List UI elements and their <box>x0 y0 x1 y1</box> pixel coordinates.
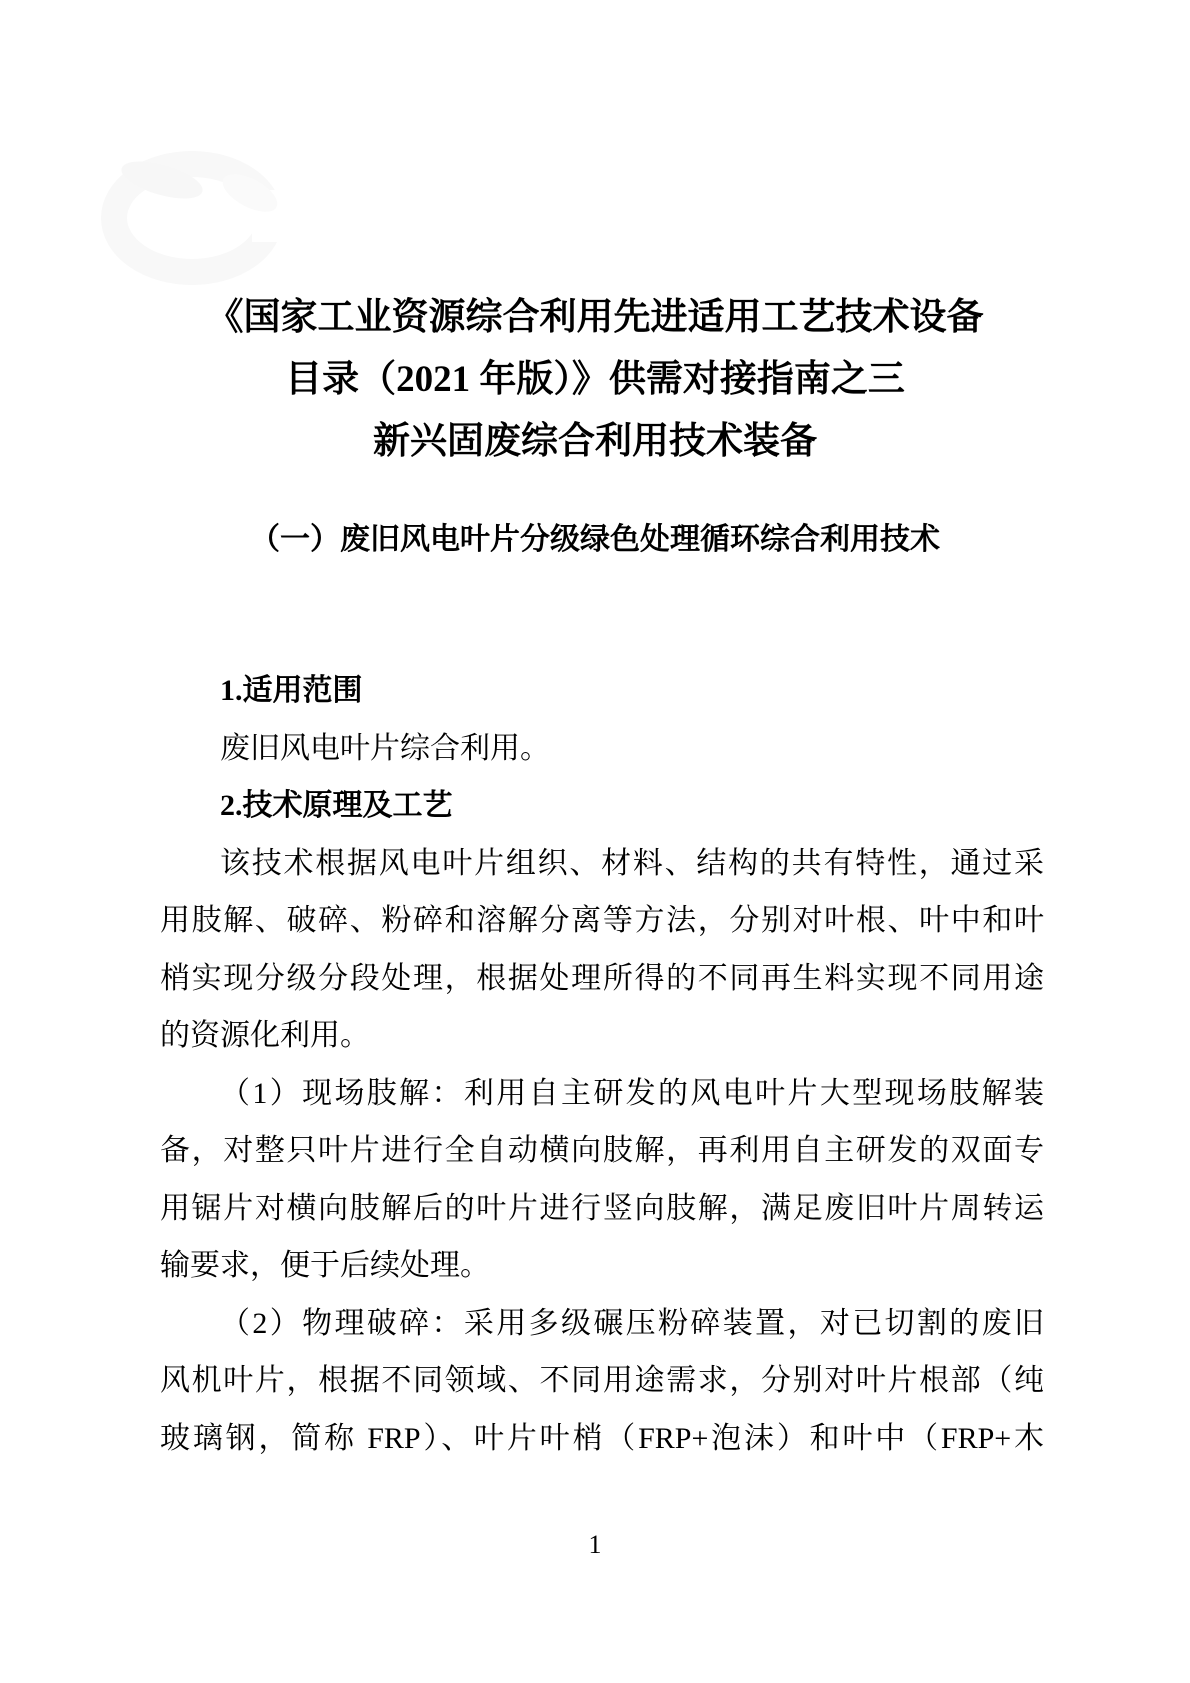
text-line: 梢实现分级分段处理，根据处理所得的不同再生料实现不同用途 <box>160 950 1044 1008</box>
content-heading: 1.适用范围 <box>160 662 1044 720</box>
section-heading: （一）废旧风电叶片分级绿色处理循环综合利用技术 <box>0 521 1190 559</box>
page-number: 1 <box>0 1528 1190 1562</box>
paragraph: （1）现场肢解：利用自主研发的风电叶片大型现场肢解装备，对整只叶片进行全自动横向… <box>160 1065 1044 1295</box>
text-line: 废旧风电叶片综合利用。 <box>160 720 1044 778</box>
text-line: 用肢解、破碎、粉碎和溶解分离等方法，分别对叶根、叶中和叶 <box>160 892 1044 950</box>
text-line: 输要求，便于后续处理。 <box>160 1237 1044 1295</box>
document-title: 《国家工业资源综合利用先进适用工艺技术设备 目录（2021 年版）》供需对接指南… <box>0 287 1190 473</box>
document-body: 1.适用范围废旧风电叶片综合利用。2.技术原理及工艺该技术根据风电叶片组织、材料… <box>160 662 1044 1467</box>
scan-smudge-mark <box>100 148 310 293</box>
title-line-1: 《国家工业资源综合利用先进适用工艺技术设备 <box>0 287 1190 349</box>
text-line: （2）物理破碎：采用多级碾压粉碎装置，对已切割的废旧 <box>160 1295 1044 1353</box>
paragraph: （2）物理破碎：采用多级碾压粉碎装置，对已切割的废旧风机叶片，根据不同领域、不同… <box>160 1295 1044 1468</box>
text-line: 用锯片对横向肢解后的叶片进行竖向肢解，满足废旧叶片周转运 <box>160 1180 1044 1238</box>
paragraph: 该技术根据风电叶片组织、材料、结构的共有特性，通过采用肢解、破碎、粉碎和溶解分离… <box>160 835 1044 1065</box>
paragraph: 废旧风电叶片综合利用。 <box>160 720 1044 778</box>
text-line: 玻璃钢，简称 FRP）、叶片叶梢（FRP+泡沫）和叶中（FRP+木 <box>160 1410 1044 1468</box>
title-line-3: 新兴固废综合利用技术装备 <box>0 411 1190 473</box>
document-page: 《国家工业资源综合利用先进适用工艺技术设备 目录（2021 年版）》供需对接指南… <box>0 0 1190 1683</box>
text-line: （1）现场肢解：利用自主研发的风电叶片大型现场肢解装 <box>160 1065 1044 1123</box>
text-line: 该技术根据风电叶片组织、材料、结构的共有特性，通过采 <box>160 835 1044 893</box>
text-line: 备，对整只叶片进行全自动横向肢解，再利用自主研发的双面专 <box>160 1122 1044 1180</box>
content-heading: 2.技术原理及工艺 <box>160 777 1044 835</box>
text-line: 的资源化利用。 <box>160 1007 1044 1065</box>
text-line: 风机叶片，根据不同领域、不同用途需求，分别对叶片根部（纯 <box>160 1352 1044 1410</box>
title-line-2: 目录（2021 年版）》供需对接指南之三 <box>0 349 1190 411</box>
